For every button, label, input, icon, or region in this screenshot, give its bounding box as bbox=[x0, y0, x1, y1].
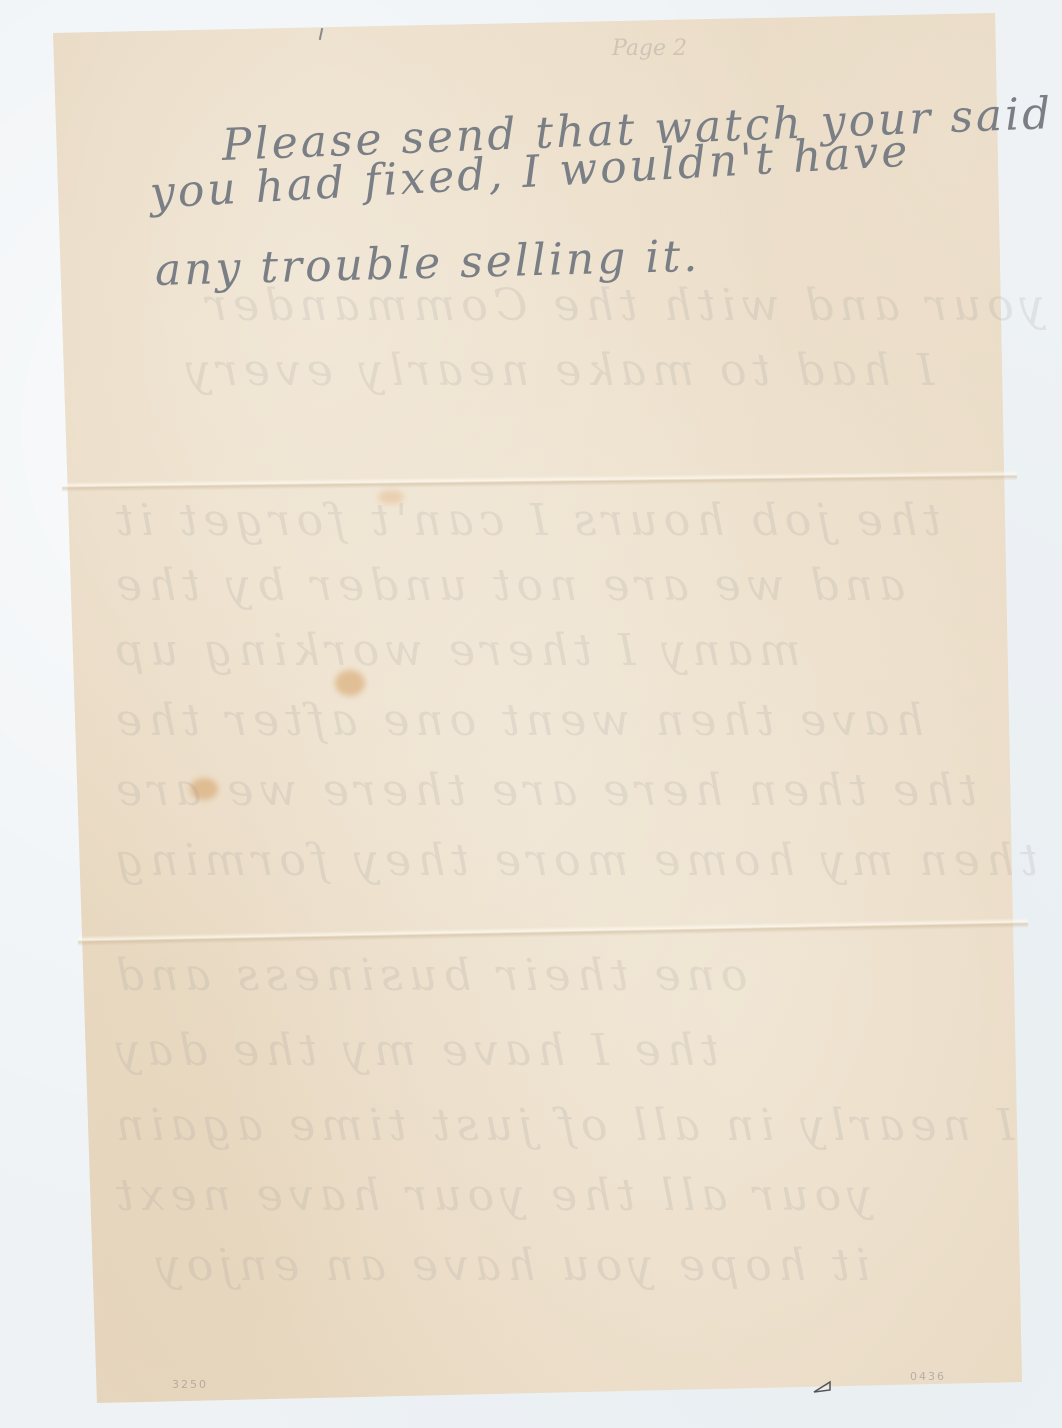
foxing-stain bbox=[378, 490, 404, 504]
archival-mark-left: 3250 bbox=[172, 1378, 208, 1391]
archival-mark-right: 0436 bbox=[910, 1370, 946, 1383]
pencil-tick-icon bbox=[812, 1378, 834, 1394]
page-number: Page 2 bbox=[612, 36, 687, 61]
foxing-stain bbox=[190, 778, 218, 800]
foxing-stain bbox=[335, 670, 365, 696]
